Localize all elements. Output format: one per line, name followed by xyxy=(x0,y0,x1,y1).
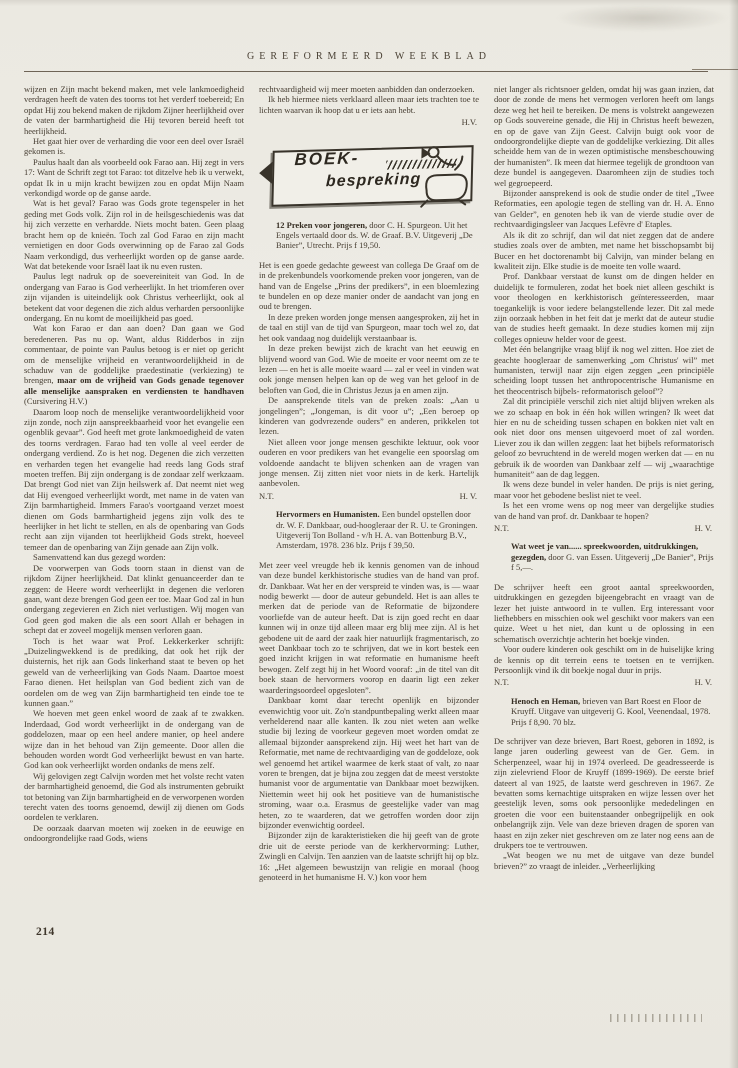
paragraph: Met één belangrijke vraag blijf ik nog w… xyxy=(494,344,714,396)
text-run: Dankbaar komt daar terecht openlijk en b… xyxy=(259,695,479,830)
masthead-rule xyxy=(24,71,708,72)
text-run: wijzen en Zijn macht bekend maken, met v… xyxy=(24,84,244,136)
paragraph: Bijzonder zijn de karakteristieken die h… xyxy=(259,830,479,882)
signature-right: H. V. xyxy=(695,677,712,687)
bold-text-run: Henoch en Heman, xyxy=(511,696,580,706)
text-run: Ik heb hiermee niets verklaard alleen ma… xyxy=(259,94,479,114)
text-columns: wijzen en Zijn macht bekend maken, met v… xyxy=(24,84,714,882)
text-run: De aansprekende titels van de preken zoa… xyxy=(259,395,479,436)
text-run: Voor oudere kinderen ook geschikt om in … xyxy=(494,644,714,675)
text-run: (Cursivering H.V.) xyxy=(24,396,87,406)
paragraph: Is het een vrome wens op nog meer van de… xyxy=(494,500,714,521)
text-run: Het is een goede gedachte geweest van co… xyxy=(259,260,479,312)
scan-right-edge xyxy=(729,0,738,1068)
text-run: De schrijver heeft een groot aantal spre… xyxy=(494,582,714,644)
signature-right: H. V. xyxy=(695,523,712,533)
text-run: Wat is het geval? Farao was Gods grote t… xyxy=(24,198,244,270)
masthead-title: GEREFORMEERD WEEKBLAD xyxy=(24,51,714,62)
text-run: Het gaat hier over de verharding die voo… xyxy=(24,136,244,156)
paragraph: „Wat beogen we nu met de uitgave van dez… xyxy=(494,850,714,871)
text-run: De schrijver van deze brieven, Bart Roes… xyxy=(494,736,714,850)
signature-left: N.T. xyxy=(259,491,274,501)
paragraph: Ik heb hiermee niets verklaard alleen ma… xyxy=(259,94,479,115)
text-run: Als ik dit zo schrijf, dan wil dat niet … xyxy=(494,230,714,271)
text-run: In deze preken bewijst zich de kracht va… xyxy=(259,343,479,395)
text-run: We hoeven met geen enkel woord de zaak a… xyxy=(24,708,244,770)
text-run: Is het een vrome wens op nog meer van de… xyxy=(494,500,714,520)
text-run: Paulus legt nadruk op de soevereiniteit … xyxy=(24,271,244,323)
paragraph: Als ik dit zo schrijf, dan wil dat niet … xyxy=(494,230,714,272)
bold-text-run: maar om de vrijheid van Gods genade tege… xyxy=(24,375,244,395)
paragraph: Wat kon Farao er dan aan doen? Dan gaan … xyxy=(24,323,244,406)
text-run: Wij gelovigen zegt Calvijn worden met he… xyxy=(24,771,244,823)
paragraph: rechtvaardigheid wij meer moeten aanbidd… xyxy=(259,84,479,94)
signature-line: N.T.H. V. xyxy=(259,491,477,501)
scan-top-edge xyxy=(0,0,738,6)
text-run: Zal dit principiële verschil zich niet a… xyxy=(494,396,714,479)
signature-right: H. V. xyxy=(460,491,477,501)
paragraph: Toch is het waar wat Prof. Lekkerkerker … xyxy=(24,636,244,709)
paragraph: De schrijver heeft een groot aantal spre… xyxy=(494,582,714,644)
text-run: De oorzaak daarvan moeten wij zoeken in … xyxy=(24,823,244,843)
logo-line2: bespreking xyxy=(326,174,422,187)
text-run: Daarom loop noch de menselijke verantwoo… xyxy=(24,407,244,552)
text-run: Prof. Dankbaar verstaat de kunst om de d… xyxy=(494,271,714,343)
text-run: „Wat beogen we nu met de uitgave van dez… xyxy=(494,850,714,870)
text-run: rechtvaardigheid wij meer moeten aanbidd… xyxy=(259,84,474,94)
text-run: Toch is het waar wat Prof. Lekkerkerker … xyxy=(24,636,244,708)
text-run: Bijzonder zijn de karakteristieken die h… xyxy=(259,830,479,882)
review-heading: Henoch en Heman, brieven van Bart Roest … xyxy=(511,696,714,727)
boekbespreking-logo: BOEK- bespreking xyxy=(259,143,477,207)
paragraph: Zal dit principiële verschil zich niet a… xyxy=(494,396,714,479)
paragraph: wijzen en Zijn macht bekend maken, met v… xyxy=(24,84,244,136)
reader-in-armchair-icon xyxy=(412,137,476,211)
logo-banner: BOEK- bespreking xyxy=(271,145,473,207)
text-run: niet langer als richtsnoer gelden, omdat… xyxy=(494,84,714,188)
paragraph: De aansprekende titels van de preken zoa… xyxy=(259,395,479,437)
text-run: De voorwerpen van Gods toorn staan in di… xyxy=(24,563,244,635)
text-run: Niet alleen voor jonge mensen geschikte … xyxy=(259,437,479,489)
column-3: niet langer als richtsnoer gelden, omdat… xyxy=(494,84,714,882)
paragraph: Bijzonder aansprekend is ook de studie o… xyxy=(494,188,714,230)
signature-left: N.T. xyxy=(494,677,509,687)
text-run: Ik wens deze bundel in veler handen. De … xyxy=(494,479,714,499)
signature-line: H.V. xyxy=(259,117,477,127)
logo-line1: BOEK- xyxy=(294,153,359,165)
paragraph: Met zeer veel vreugde heb ik kennis geno… xyxy=(259,560,479,695)
paragraph: Voor oudere kinderen ook geschikt om in … xyxy=(494,644,714,675)
paragraph: Het is een goede gedachte geweest van co… xyxy=(259,260,479,312)
paragraph: Prof. Dankbaar verstaat de kunst om de d… xyxy=(494,271,714,344)
paragraph: niet langer als richtsnoer gelden, omdat… xyxy=(494,84,714,188)
text-run: Met één belangrijke vraag blijf ik nog w… xyxy=(494,344,714,396)
paragraph: We hoeven met geen enkel woord de zaak a… xyxy=(24,708,244,770)
paragraph: In deze preken bewijst zich de kracht va… xyxy=(259,343,479,395)
text-run: Bijzonder aansprekend is ook de studie o… xyxy=(494,188,714,229)
paragraph: De oorzaak daarvan moeten wij zoeken in … xyxy=(24,823,244,844)
text-run: In deze preken worden jonge mensen aange… xyxy=(259,312,479,343)
paragraph: De voorwerpen van Gods toorn staan in di… xyxy=(24,563,244,636)
bold-text-run: 12 Preken voor jongeren, xyxy=(276,220,367,230)
paragraph: Samenvattend kan dus gezegd worden: xyxy=(24,552,244,562)
review-heading: Wat weet je van...... spreekwoorden, uit… xyxy=(511,541,714,572)
signature-line: N.T.H. V. xyxy=(494,523,712,533)
scan-edge-marks xyxy=(610,1014,702,1022)
paragraph: Wij gelovigen zegt Calvijn worden met he… xyxy=(24,771,244,823)
text-run: Samenvattend kan dus gezegd worden: xyxy=(33,552,166,562)
review-heading: 12 Preken voor jongeren, door C. H. Spur… xyxy=(276,220,479,251)
review-heading: Hervormers en Humanisten. Een bundel ops… xyxy=(276,509,479,551)
paragraph: Het gaat hier over de verharding die voo… xyxy=(24,136,244,157)
paragraph: Paulus legt nadruk op de soevereiniteit … xyxy=(24,271,244,323)
column-2: rechtvaardigheid wij meer moeten aanbidd… xyxy=(259,84,479,882)
paragraph: Paulus haalt dan als voorbeeld ook Farao… xyxy=(24,157,244,199)
paragraph: Daarom loop noch de menselijke verantwoo… xyxy=(24,407,244,553)
text-run: Paulus haalt dan als voorbeeld ook Farao… xyxy=(24,157,244,198)
paragraph: Niet alleen voor jonge mensen geschikte … xyxy=(259,437,479,489)
signature-line: N.T.H. V. xyxy=(494,677,712,687)
paragraph: Wat is het geval? Farao was Gods grote t… xyxy=(24,198,244,271)
column-1: wijzen en Zijn macht bekend maken, met v… xyxy=(24,84,244,882)
paragraph: Ik wens deze bundel in veler handen. De … xyxy=(494,479,714,500)
paragraph: In deze preken worden jonge mensen aange… xyxy=(259,312,479,343)
signature-right: H.V. xyxy=(462,117,477,127)
scan-smudge xyxy=(555,4,730,32)
signature-left: N.T. xyxy=(494,523,509,533)
paragraph: De schrijver van deze brieven, Bart Roes… xyxy=(494,736,714,850)
page-number: 214 xyxy=(36,926,55,938)
text-run: Met zeer veel vreugde heb ik kennis geno… xyxy=(259,560,479,695)
bold-text-run: Hervormers en Humanisten. xyxy=(276,509,380,519)
paragraph: Dankbaar komt daar terecht openlijk en b… xyxy=(259,695,479,830)
